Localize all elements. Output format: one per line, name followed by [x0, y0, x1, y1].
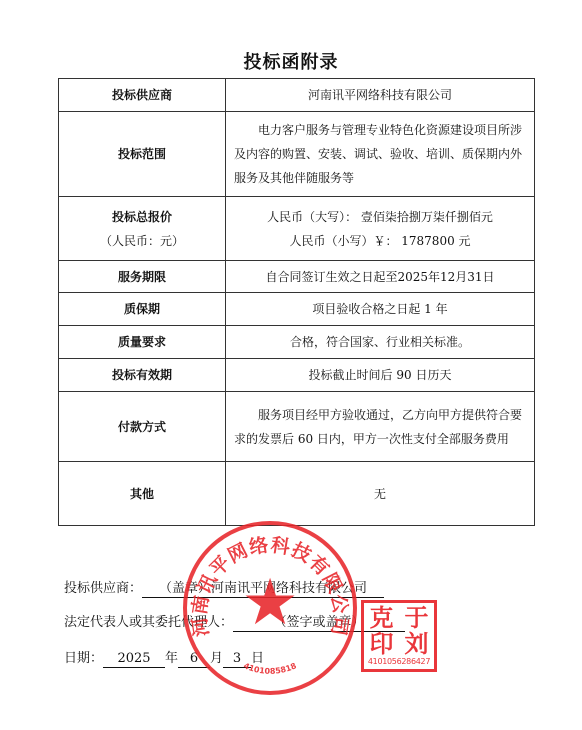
row-label: 投标范围: [59, 112, 226, 197]
seal-char: 印: [364, 631, 399, 657]
price-uppercase: 人民币（大写）： 壹佰柒拾捌万柒仟捌佰元: [226, 205, 534, 229]
row-label-line2: （人民币：元）: [59, 229, 225, 253]
year-unit: 年: [165, 651, 178, 666]
personal-seal-code: 4101056286427: [364, 657, 434, 667]
row-label: 质量要求: [59, 326, 226, 359]
row-label: 投标供应商: [59, 79, 226, 112]
document-title: 投标函附录: [0, 48, 582, 74]
row-label-line1: 投标总报价: [59, 205, 225, 229]
table-row: 质保期 项目验收合格之日起 1 年: [59, 293, 535, 326]
supplier-signature-line: 投标供应商：（盖章）河南讯平网络科技有限公司: [64, 580, 384, 598]
date-line: 日期：2025年6月3日: [64, 650, 264, 668]
day-unit: 日: [251, 651, 264, 666]
date-month: 6: [178, 651, 210, 668]
row-value: 项目验收合格之日起 1 年: [226, 293, 535, 326]
row-value: 自合同签订生效之日起至2025年12月31日: [226, 261, 535, 293]
table-row: 服务期限 自合同签订生效之日起至2025年12月31日: [59, 261, 535, 293]
bid-appendix-table: 投标供应商 河南讯平网络科技有限公司 投标范围 电力客户服务与管理专业特色化资源…: [58, 78, 535, 526]
row-value: 投标截止时间后 90 日历天: [226, 359, 535, 392]
representative-label: 法定代表人或其委托代理人：: [64, 615, 233, 630]
row-value: 服务项目经甲方验收通过，乙方向甲方提供符合要求的发票后 60 日内，甲方一次性支…: [226, 392, 535, 462]
supplier-label: 投标供应商：: [64, 581, 142, 596]
personal-seal: 克 于 印 刘 4101056286427: [361, 600, 437, 672]
month-unit: 月: [210, 651, 223, 666]
row-value: 河南讯平网络科技有限公司: [226, 79, 535, 112]
representative-value: （签字或盖章）: [233, 615, 405, 632]
row-label: 投标有效期: [59, 359, 226, 392]
row-label: 投标总报价 （人民币：元）: [59, 197, 226, 261]
table-row: 投标范围 电力客户服务与管理专业特色化资源建设项目所涉及内容的购置、安装、调试、…: [59, 112, 535, 197]
seal-char: 刘: [399, 631, 434, 657]
table-row: 投标有效期 投标截止时间后 90 日历天: [59, 359, 535, 392]
row-label: 服务期限: [59, 261, 226, 293]
row-value: 人民币（大写）： 壹佰柒拾捌万柒仟捌佰元 人民币（小写）￥： 1787800 元: [226, 197, 535, 261]
table-row: 付款方式 服务项目经甲方验收通过，乙方向甲方提供符合要求的发票后 60 日内，甲…: [59, 392, 535, 462]
representative-signature-line: 法定代表人或其委托代理人：（签字或盖章）: [64, 614, 405, 632]
table-row: 投标总报价 （人民币：元） 人民币（大写）： 壹佰柒拾捌万柒仟捌佰元 人民币（小…: [59, 197, 535, 261]
row-value: 合格，符合国家、行业相关标准。: [226, 326, 535, 359]
table-row: 质量要求 合格，符合国家、行业相关标准。: [59, 326, 535, 359]
supplier-value: （盖章）河南讯平网络科技有限公司: [142, 581, 384, 598]
company-seal: 河南讯平网络科技有限公司 4101085818 ★: [183, 521, 357, 695]
row-label: 其他: [59, 462, 226, 526]
date-label: 日期：: [64, 651, 103, 666]
row-value: 无: [226, 462, 535, 526]
row-label: 质保期: [59, 293, 226, 326]
price-lowercase: 人民币（小写）￥： 1787800 元: [226, 229, 534, 253]
table-row: 其他 无: [59, 462, 535, 526]
date-day: 3: [223, 651, 251, 668]
row-value: 电力客户服务与管理专业特色化资源建设项目所涉及内容的购置、安装、调试、验收、培训…: [226, 112, 535, 197]
date-year: 2025: [103, 651, 165, 668]
row-label: 付款方式: [59, 392, 226, 462]
table-row: 投标供应商 河南讯平网络科技有限公司: [59, 79, 535, 112]
